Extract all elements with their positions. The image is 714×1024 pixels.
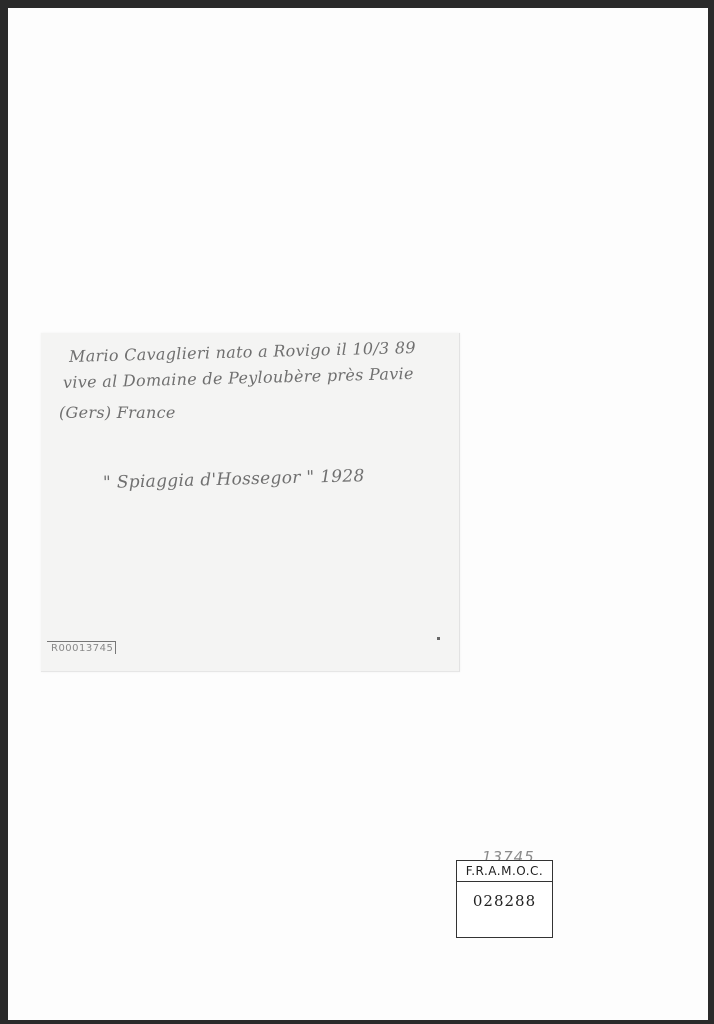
handwriting-line-1: Mario Cavaglieri nato a Rovigo il 10/3 8…: [69, 338, 416, 366]
archive-stamp: F.R.A.M.O.C. 028288: [456, 860, 553, 938]
stamp-institution: F.R.A.M.O.C.: [457, 861, 552, 882]
handwriting-line-2: vive al Domaine de Peyloubère près Pavie: [63, 364, 414, 392]
sheet-edge-notch: [0, 820, 8, 850]
photo-back-sheet: Mario Cavaglieri nato a Rovigo il 10/3 8…: [8, 8, 708, 1020]
archive-card: Mario Cavaglieri nato a Rovigo il 10/3 8…: [41, 333, 460, 672]
inventory-reference: R00013745: [47, 641, 116, 654]
ink-dot: [437, 637, 440, 640]
artwork-title-date: " Spiaggia d'Hossegor " 1928: [103, 466, 365, 493]
stamp-number: 028288: [457, 882, 552, 910]
handwriting-line-3: (Gers) France: [59, 403, 176, 422]
